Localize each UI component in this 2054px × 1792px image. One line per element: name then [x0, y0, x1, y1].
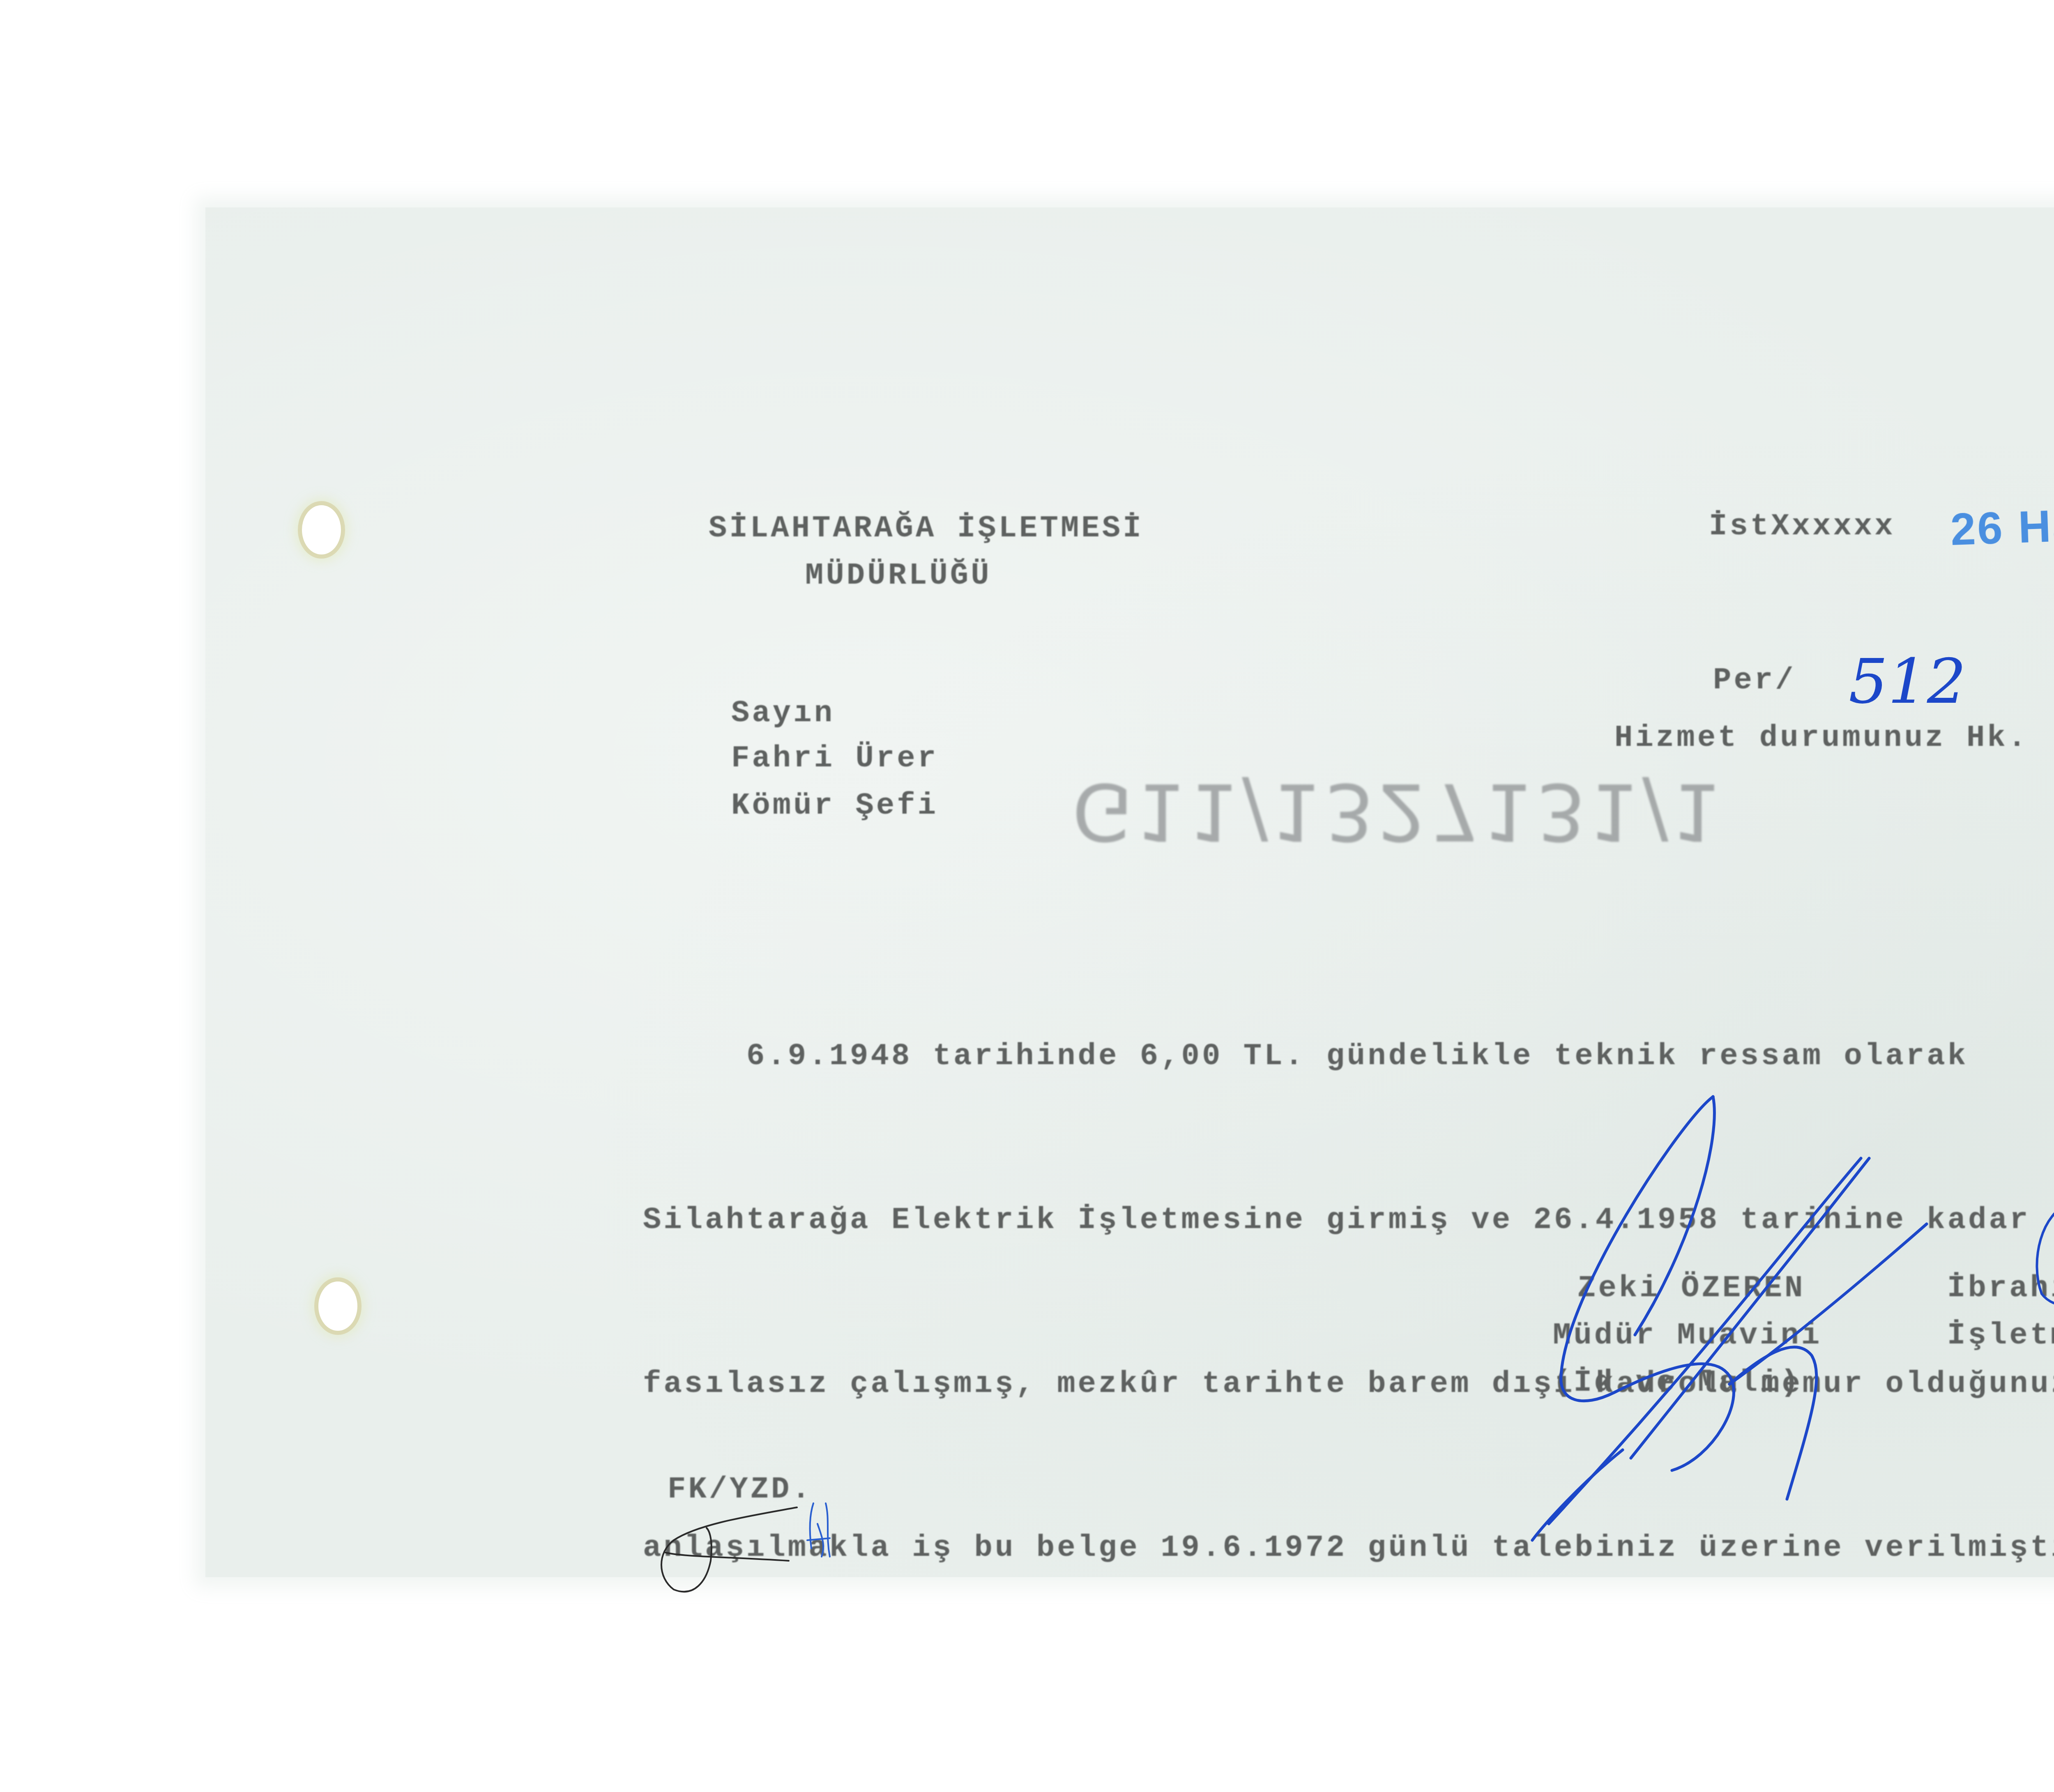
recipient-name: Fahri Ürer [731, 743, 938, 774]
pencil-mirrored-note: G11/1327131/1 [1072, 772, 1725, 850]
letterhead-line2: MÜDÜRLÜĞÜ [805, 561, 992, 591]
reference-label: Per/ [1713, 665, 1796, 696]
punch-hole-top [302, 505, 341, 554]
signature-tursan-icon [2025, 1187, 2054, 1351]
recipient-title: Kömür Şefi [731, 791, 938, 821]
letterhead-line1: SİLAHTARAĞA İŞLETMESİ [709, 513, 1144, 544]
signature-ozeren-icon [1499, 1088, 1972, 1561]
body-line-1: 6.9.1948 tarihinde 6,00 TL. gündelikle t… [643, 1029, 2054, 1084]
place-prefix: İstXxxxxx [1709, 511, 1895, 542]
subject-line: Hizmet durumunuz Hk. [1614, 723, 2029, 753]
reference-number-handwritten: 512 [1849, 651, 1966, 713]
initials-scribble-icon [649, 1499, 896, 1606]
recipient-salutation: Sayın [731, 698, 835, 729]
punch-hole-bottom [318, 1281, 357, 1331]
